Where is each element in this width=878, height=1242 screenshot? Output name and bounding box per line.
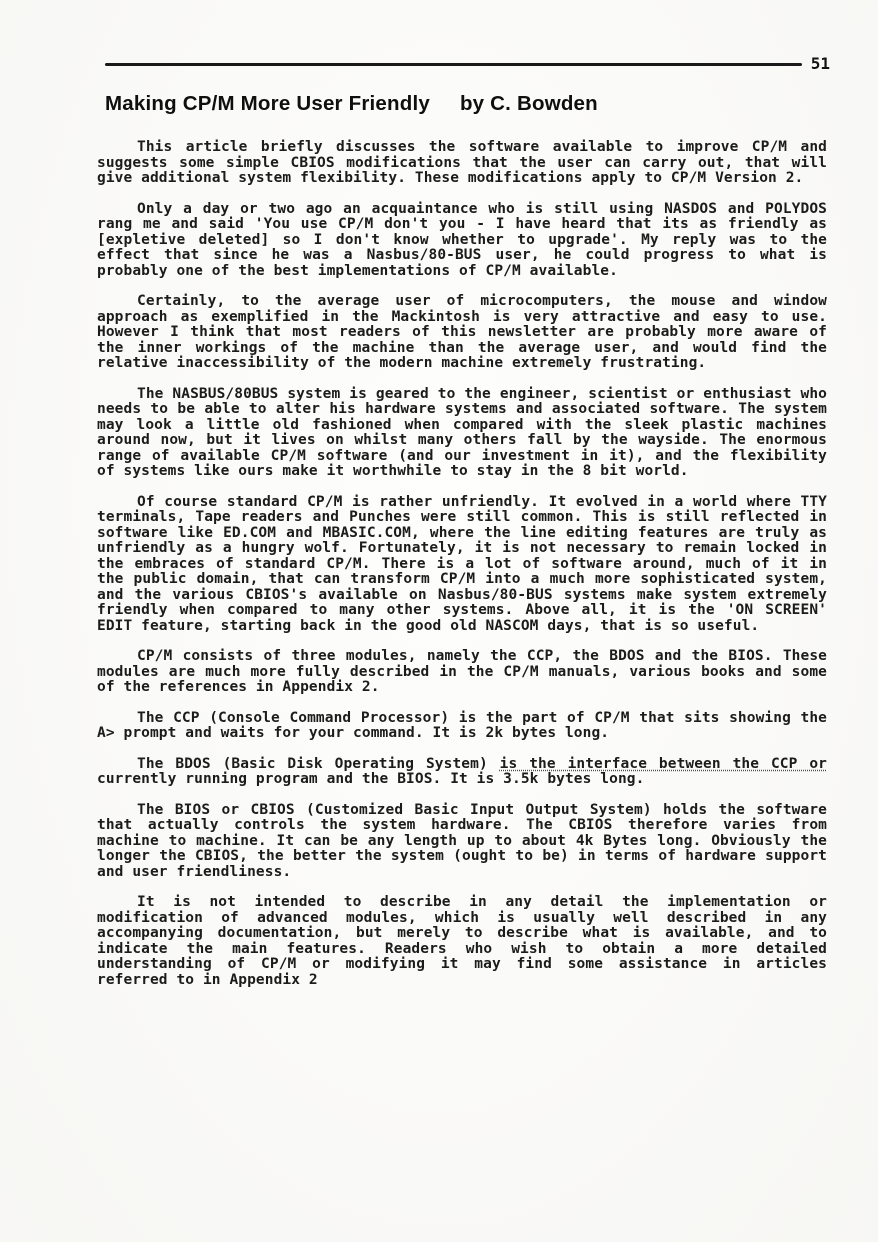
page-number: 51	[811, 56, 830, 72]
article-body: This article briefly discusses the softw…	[97, 140, 827, 988]
paragraph: The CCP (Console Command Processor) is t…	[97, 711, 827, 742]
header-rule-divider	[105, 63, 802, 66]
paragraph: This article briefly discusses the softw…	[97, 140, 827, 187]
paragraph: The NASBUS/80BUS system is geared to the…	[97, 387, 827, 480]
article-heading: Making CP/M More User Friendlyby C. Bowd…	[105, 92, 598, 116]
paragraph: Only a day or two ago an acquaintance wh…	[97, 202, 827, 280]
paragraph: Certainly, to the average user of microc…	[97, 294, 827, 372]
paragraph: The BIOS or CBIOS (Customized Basic Inpu…	[97, 803, 827, 881]
underlined-phrase: is the interface between the CCP or	[500, 756, 827, 772]
paragraph: It is not intended to describe in any de…	[97, 895, 827, 988]
paragraph-text: The BDOS (Basic Disk Operating System)	[137, 756, 500, 772]
article-byline: by C. Bowden	[460, 92, 598, 115]
page-header: 51	[105, 56, 830, 72]
paragraph: Of course standard CP/M is rather unfrie…	[97, 495, 827, 635]
paragraph-bdos: The BDOS (Basic Disk Operating System) i…	[97, 757, 827, 788]
document-page: 51 Making CP/M More User Friendlyby C. B…	[0, 0, 878, 1242]
paragraph: CP/M consists of three modules, namely t…	[97, 649, 827, 696]
paragraph-text: currently running program and the BIOS. …	[97, 771, 644, 787]
article-title: Making CP/M More User Friendly	[105, 92, 430, 115]
